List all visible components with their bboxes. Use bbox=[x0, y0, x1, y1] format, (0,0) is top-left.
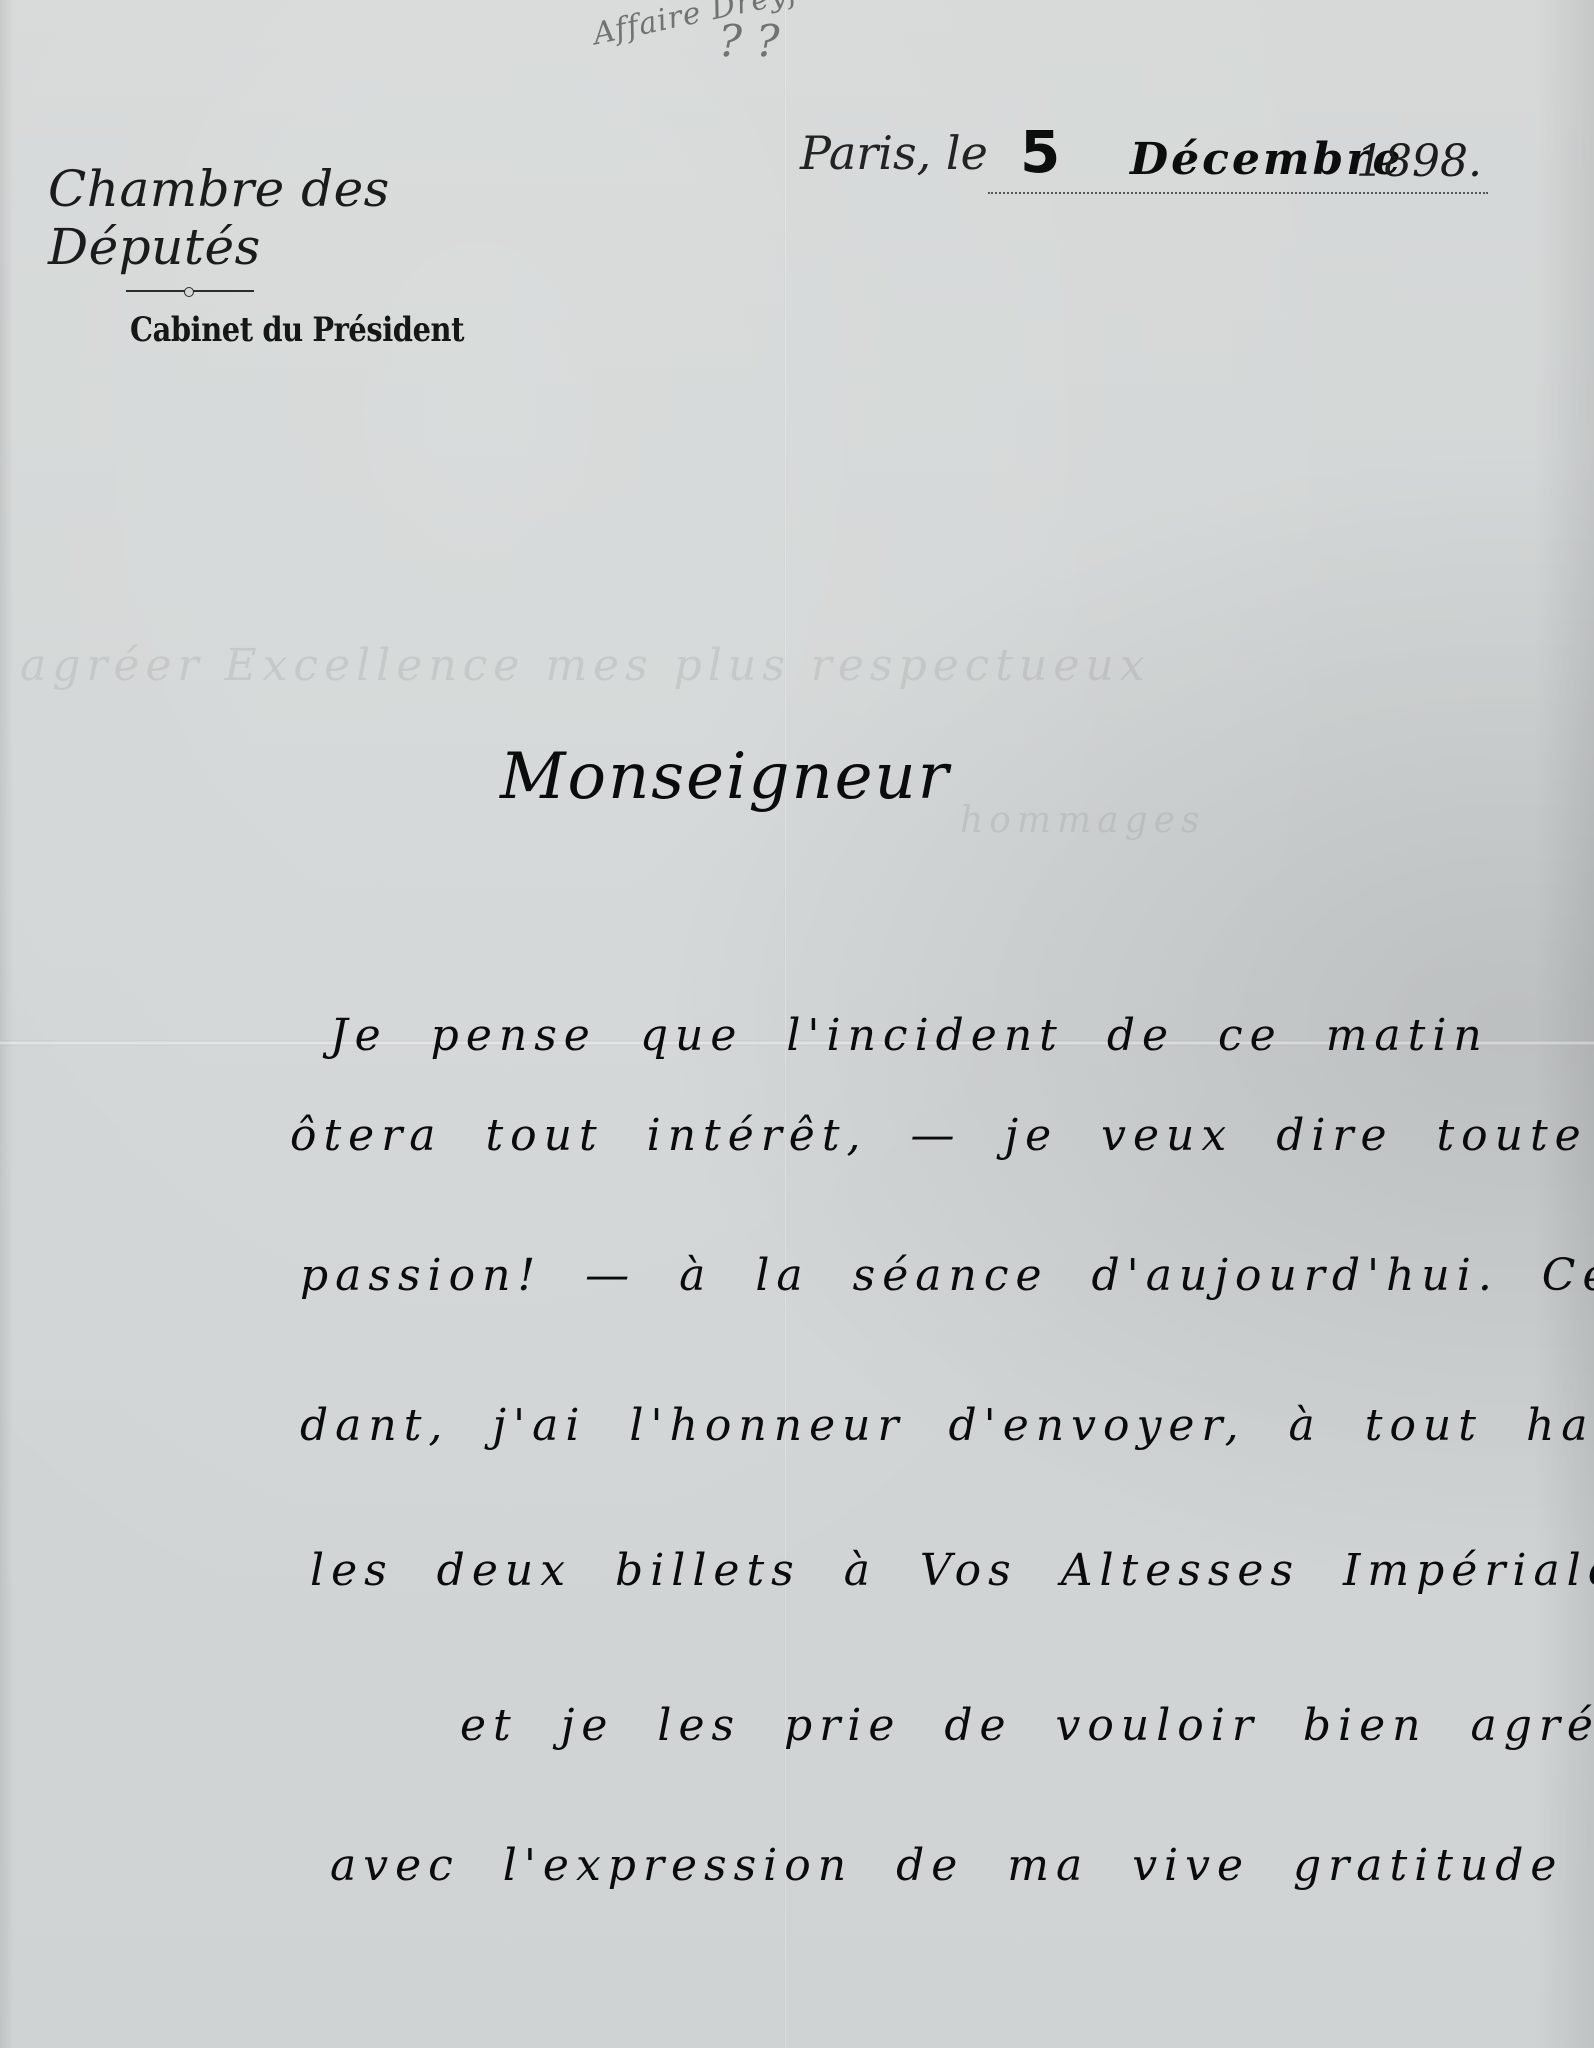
dateline-dotted-rule bbox=[988, 192, 1488, 194]
letterhead-ornament-divider bbox=[126, 290, 254, 292]
dateline-day: 5 bbox=[1020, 118, 1060, 186]
dateline-year: 1898. bbox=[1356, 136, 1482, 187]
letter-line: passion! — à la séance d'aujourd'hui. Ce… bbox=[300, 1250, 1594, 1301]
letterhead-institution: Chambre des Députés bbox=[48, 160, 548, 276]
bleed-through-text: agréer Excellence mes plus respectueux bbox=[20, 640, 1151, 691]
letterhead-office: Cabinet du Président bbox=[130, 310, 485, 350]
letter-line: avec l'expression de ma vive gratitude p… bbox=[330, 1840, 1594, 1891]
letter-salutation: Monseigneur bbox=[500, 740, 950, 814]
dateline-place: Paris, le bbox=[800, 126, 988, 180]
annotation-question-marks: ? ? bbox=[718, 16, 779, 67]
letterhead: Chambre des Députés Cabinet du Président bbox=[48, 160, 548, 350]
letter-line: les deux billets à Vos Altesses Impérial… bbox=[310, 1545, 1594, 1596]
dateline: Paris, le 5 Décembre 1898. bbox=[800, 118, 1520, 198]
letter-line: ôtera tout intérêt, — je veux dire toute bbox=[290, 1110, 1588, 1161]
bleed-through-text: hommages bbox=[960, 800, 1205, 841]
pencil-annotation: Affaire Dreyfus ? ? bbox=[590, 0, 881, 98]
page-edge-shadow-left bbox=[0, 0, 14, 2048]
letter-line: dant, j'ai l'honneur d'envoyer, à tout h… bbox=[300, 1400, 1594, 1451]
letter-line: et je les prie de vouloir bien agréer, bbox=[460, 1700, 1594, 1751]
letter-line: Je pense que l'incident de ce matin bbox=[330, 1010, 1489, 1061]
letter-page: agréer Excellence mes plus respectueux h… bbox=[0, 0, 1594, 2048]
